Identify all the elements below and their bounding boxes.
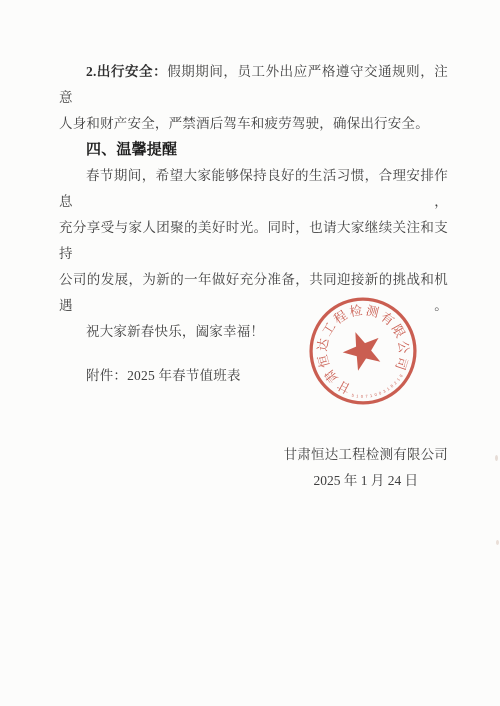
line-bold-prefix: 2.出行安全： — [86, 64, 167, 79]
document-content: 2.出行安全：假期期间，员工外出应严格遵守交通规则，注意人身和财产安全，严禁酒后… — [59, 59, 448, 494]
seal-code-digit: 0 — [361, 394, 364, 399]
section-heading: 四、温馨提醒 — [59, 137, 448, 163]
seal-code-digit: 1 — [370, 393, 374, 398]
signature-date: 2025 年 1 月 24 日 — [284, 468, 448, 494]
seal-code-digit: 5 — [351, 392, 355, 398]
seal-ring-text-char: 检 — [348, 302, 363, 319]
doc-line: 人身和财产安全，严禁酒后驾车和疲劳驾驶，确保出行安全。 — [59, 111, 448, 137]
seal-ring-text-char: 测 — [365, 303, 381, 321]
signature-block: 甘肃恒达工程检测有限公司 2025 年 1 月 24 日 — [59, 442, 448, 494]
seal-ring-text-char: 恒 — [315, 353, 333, 369]
seal-code-digit: 1 — [356, 393, 360, 398]
seal-code-digit: 8 — [398, 373, 404, 378]
doc-line: 2.出行安全：假期期间，员工外出应严格遵守交通规则，注意 — [59, 59, 448, 111]
seal-star-icon — [337, 325, 387, 374]
document-page: 2.出行安全：假期期间，员工外出应严格遵守交通规则，注意人身和财产安全，严禁酒后… — [0, 0, 500, 706]
seal-ring-text-char: 程 — [331, 307, 350, 327]
seal-code-digit: 7 — [365, 393, 368, 398]
scan-artifact — [496, 540, 499, 545]
seal-ring-text-char: 公 — [395, 340, 411, 354]
seal-ring-text-char: 司 — [393, 355, 411, 372]
seal-group: 甘肃恒达工程检测有限公司5107100318218 — [307, 295, 419, 407]
company-name: 甘肃恒达工程检测有限公司 — [284, 442, 448, 468]
scan-artifact — [495, 455, 498, 461]
seal-ring-text-char: 达 — [314, 337, 331, 352]
seal-ring-text-char: 限 — [389, 322, 408, 341]
doc-line: 春节期间，希望大家能够保持良好的生活习惯，合理安排作息， — [59, 163, 448, 215]
company-seal: 甘肃恒达工程检测有限公司5107100318218 — [307, 295, 419, 407]
doc-line: 充分享受与家人团聚的美好时光。同时，也请大家继续关注和支持 — [59, 215, 448, 267]
